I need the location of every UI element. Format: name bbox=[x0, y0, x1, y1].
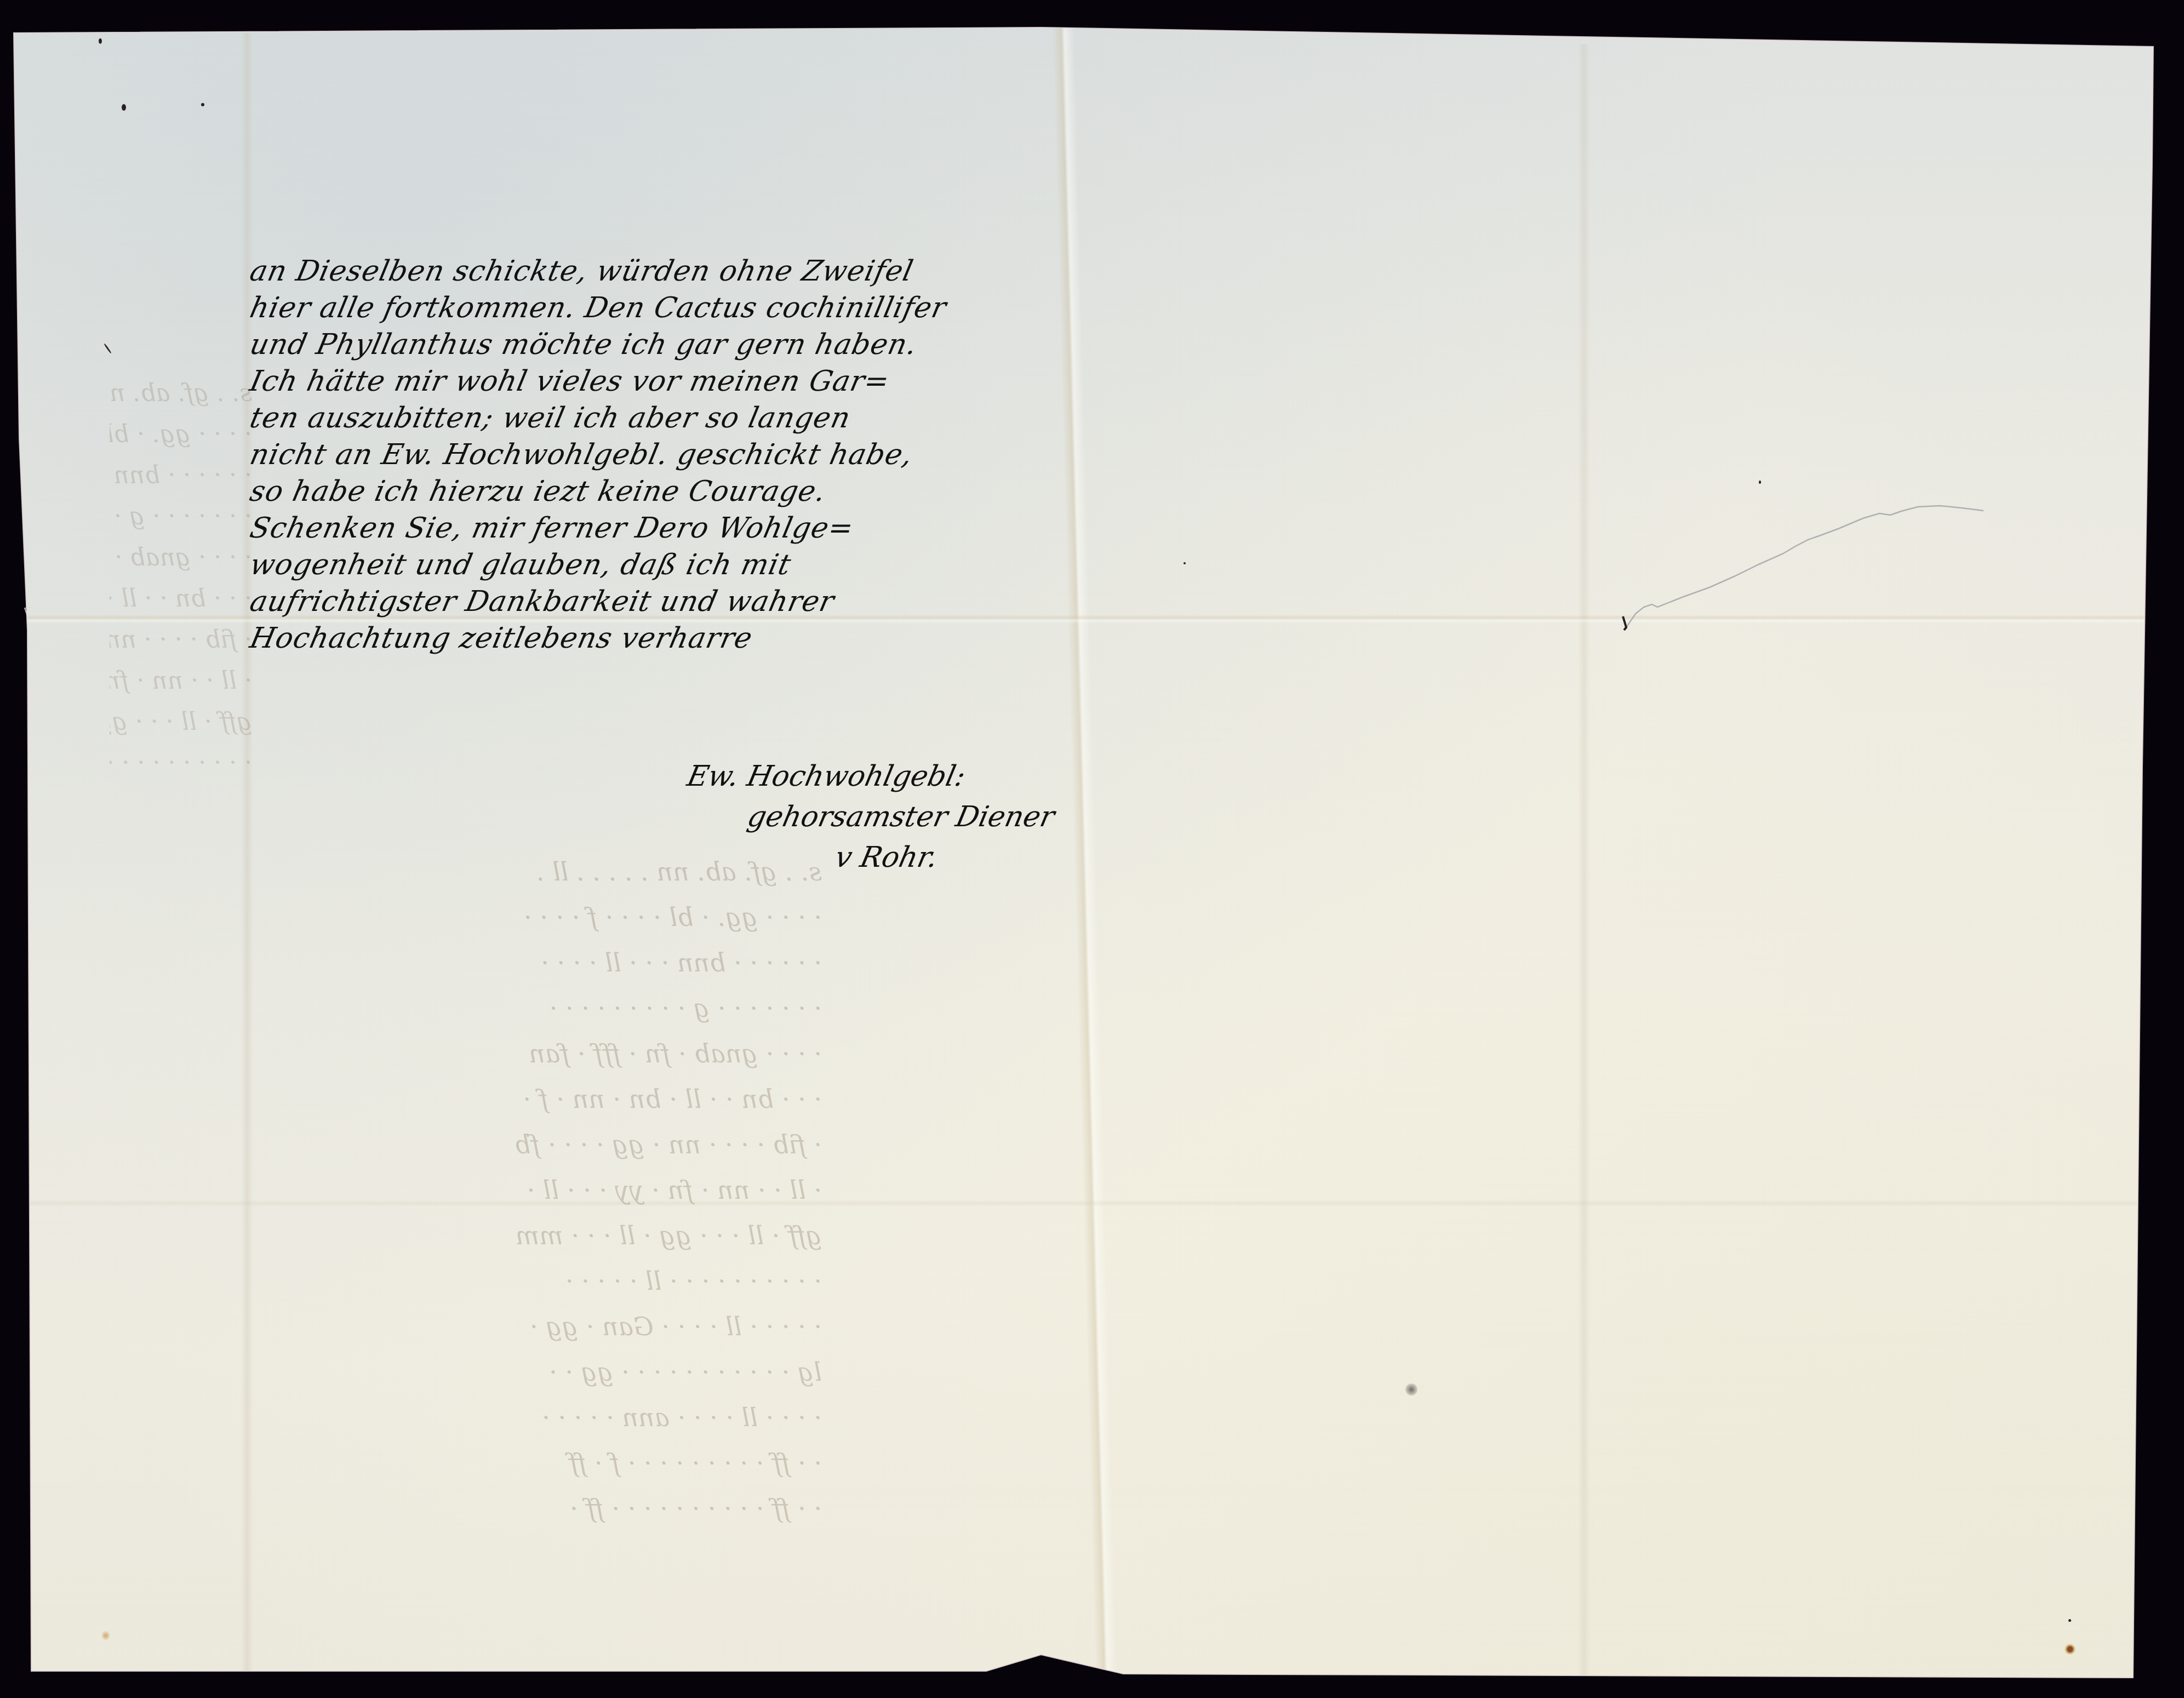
foxing-spot-left bbox=[102, 1630, 110, 1641]
letter-line: Ich hätte mir wohl vieles vor meinen Gar… bbox=[247, 363, 1109, 400]
letter-line: Schenken Sie, mir ferner Dero Wohlge= bbox=[247, 510, 1109, 547]
bleed-through-upper-margin: s. . gf. ab. nn . . . . . ll . · · · · g… bbox=[110, 373, 252, 784]
ink-stain bbox=[1405, 1383, 1417, 1396]
letter-line: Hochachtung zeitlebens verharre bbox=[247, 620, 1109, 657]
speck bbox=[104, 343, 112, 354]
speck bbox=[1759, 481, 1761, 484]
letter-line: und Phyllanthus möchte ich gar gern habe… bbox=[247, 327, 1109, 363]
letter-line: aufrichtigster Dankbarkeit und wahrer bbox=[247, 584, 1109, 620]
speck bbox=[2068, 1619, 2071, 1622]
paper-sheet: s. . gf. ab. nn . . . . . ll . · · · · g… bbox=[0, 0, 2184, 1698]
signature: v Rohr. bbox=[831, 837, 1058, 878]
letter-line: nicht an Ew. Hochwohlgebl. geschickt hab… bbox=[247, 437, 1109, 473]
closing-servant-line: gehorsamster Diener bbox=[744, 797, 1058, 837]
speck bbox=[201, 103, 204, 106]
speck bbox=[122, 104, 126, 111]
letter-line: ten auszubitten; weil ich aber so langen bbox=[247, 400, 1109, 437]
foxing-spot-right bbox=[2065, 1644, 2076, 1655]
letter-closing: Ew. Hochwohlgebl: gehorsamster Diener v … bbox=[688, 756, 1054, 878]
speck bbox=[99, 38, 102, 44]
speck bbox=[1184, 562, 1186, 564]
bleed-through-text: s. . gf. ab. nn . . . . . ll . · · · · g… bbox=[44, 849, 822, 1531]
horizontal-fold-lower bbox=[22, 1200, 2137, 1207]
letter-body: an Dieselben schickte, würden ohne Zweif… bbox=[247, 253, 1101, 657]
letter-line: so habe ich hierzu iezt keine Courage. bbox=[247, 473, 1109, 510]
letter-line: an Dieselben schickte, würden ohne Zweif… bbox=[247, 253, 1109, 290]
vertical-fold-right bbox=[1578, 44, 1590, 1677]
closing-salutation: Ew. Hochwohlgebl: bbox=[683, 756, 1058, 797]
letter-line: hier alle fortkommen. Den Cactus cochini… bbox=[247, 290, 1109, 327]
letter-line: wogenheit und glauben, daß ich mit bbox=[247, 547, 1109, 584]
